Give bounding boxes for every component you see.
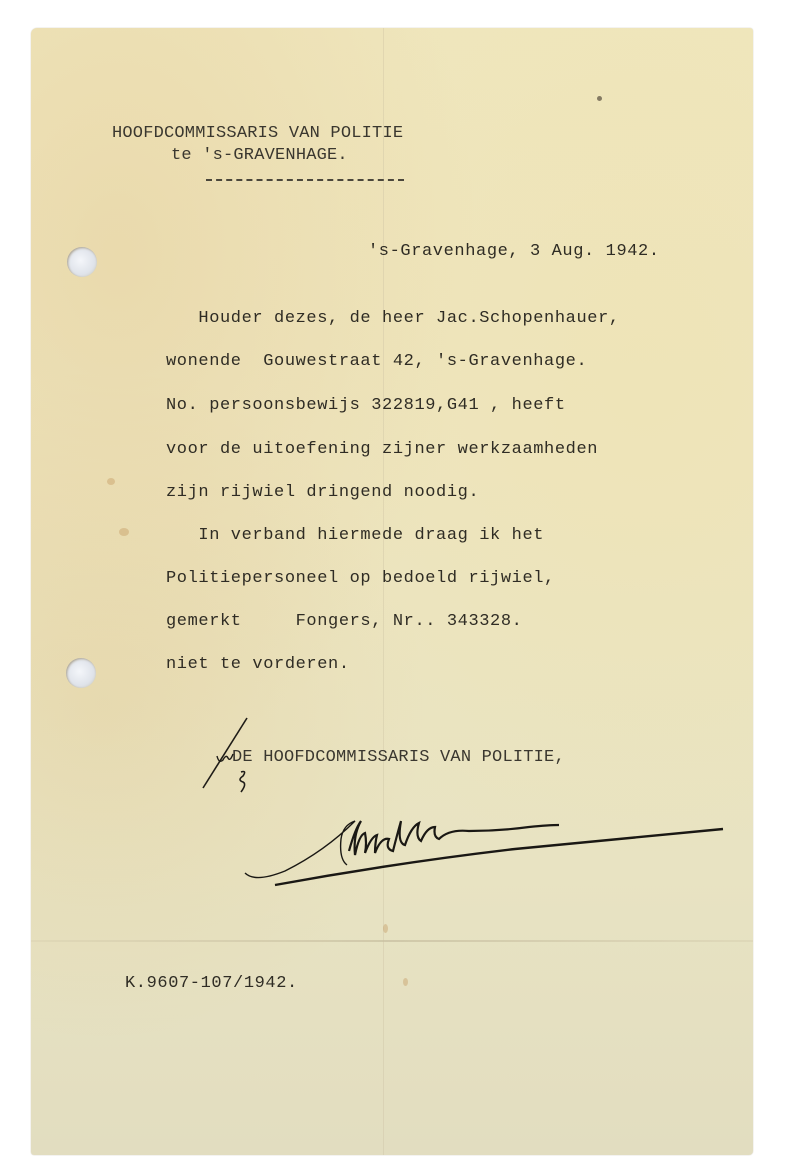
body-line: niet te vorderen. bbox=[166, 655, 350, 675]
body-line: wonende Gouwestraat 42, 's-Gravenhage. bbox=[166, 352, 587, 372]
body-line: Houder dezes, de heer Jac.Schopenhauer, bbox=[166, 309, 620, 329]
body-line: gemerkt Fongers, Nr.. 343328. bbox=[166, 612, 522, 632]
closing-title: DE HOOFDCOMMISSARIS VAN POLITIE, bbox=[232, 748, 565, 768]
document-page: HOOFDCOMMISSARIS VAN POLITIE te 's-GRAVE… bbox=[31, 28, 753, 1155]
age-stain bbox=[107, 478, 115, 485]
letterhead-city: te 's-GRAVENHAGE. bbox=[171, 146, 348, 166]
age-stain bbox=[597, 96, 602, 101]
age-stain bbox=[403, 978, 408, 986]
body-line: In verband hiermede draag ik het bbox=[166, 526, 544, 546]
body-line: voor de uitoefening zijner werkzaamheden bbox=[166, 440, 598, 460]
reference-number: K.9607-107/1942. bbox=[125, 974, 298, 994]
letterhead-underline bbox=[206, 179, 404, 181]
handwritten-signature-icon bbox=[241, 803, 741, 913]
horizontal-fold-crease bbox=[31, 940, 753, 942]
age-stain bbox=[119, 528, 129, 536]
body-line: Politiepersoneel op bedoeld rijwiel, bbox=[166, 569, 555, 589]
body-line: zijn rijwiel dringend noodig. bbox=[166, 483, 479, 503]
letterhead-title: HOOFDCOMMISSARIS VAN POLITIE bbox=[112, 124, 403, 144]
punch-hole-icon bbox=[67, 247, 97, 277]
punch-hole-icon bbox=[66, 658, 96, 688]
body-line: No. persoonsbewijs 322819,G41 , heeft bbox=[166, 396, 566, 416]
age-stain bbox=[383, 924, 388, 933]
place-date: 's-Gravenhage, 3 Aug. 1942. bbox=[368, 242, 660, 262]
vertical-fold-crease bbox=[383, 28, 384, 1155]
